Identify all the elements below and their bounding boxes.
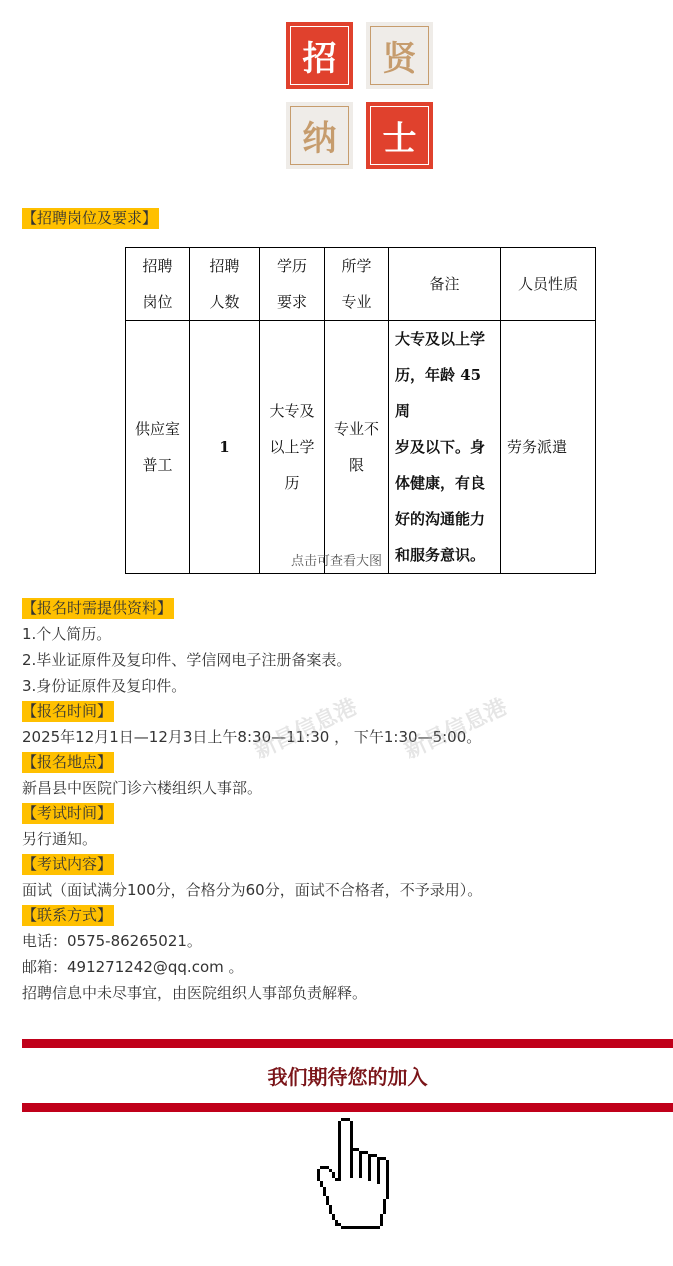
cell-type: 劳务派遣 <box>501 321 596 574</box>
header-type: 人员性质 <box>501 248 596 321</box>
header-major: 所学专业 <box>325 248 389 321</box>
cell-education: 大专及以上学历 <box>260 321 325 574</box>
job-table[interactable]: 招聘岗位 招聘人数 学历要求 所学专业 备注 人员性质 供应室普工 1 大专及以… <box>125 247 596 574</box>
exam-time-text: 另行通知。 <box>22 829 97 849</box>
table-row: 供应室普工 1 大专及以上学历 专业不限 大专及以上学历，年龄 45 周岁及以下… <box>126 321 596 574</box>
pointing-hand-icon <box>305 1118 413 1257</box>
materials-item: 1.个人简历。 <box>22 624 111 644</box>
materials-item: 3.身份证原件及复印件。 <box>22 676 186 696</box>
section-heading-registration-place: 【报名地点】 <box>22 752 114 773</box>
view-large-image-link[interactable]: 点击可查看大图 <box>0 550 673 569</box>
divider-bottom <box>22 1103 673 1112</box>
header-position: 招聘岗位 <box>126 248 190 321</box>
section-heading-contact: 【联系方式】 <box>22 905 114 926</box>
cell-count: 1 <box>190 321 260 574</box>
header-count: 招聘人数 <box>190 248 260 321</box>
contact-phone: 电话：0575-86265021。 <box>22 931 202 951</box>
registration-place-text: 新昌县中医院门诊六楼组织人事部。 <box>22 778 262 798</box>
contact-note: 招聘信息中未尽事宜，由医院组织人事部负责解释。 <box>22 983 367 1003</box>
section-heading-exam-time: 【考试时间】 <box>22 803 114 824</box>
section-heading-registration-time: 【报名时间】 <box>22 701 114 722</box>
registration-time-text: 2025年12月1日—12月3日上午8:30—11:30 ， 下午1:30—5:… <box>22 727 481 747</box>
materials-item: 2.毕业证原件及复印件、学信网电子注册备案表。 <box>22 650 351 670</box>
section-heading-materials: 【报名时需提供资料】 <box>22 598 174 619</box>
slogan: 我们期待您的加入 <box>22 1063 673 1091</box>
cell-note: 大专及以上学历，年龄 45 周岁及以下。身体健康，有良好的沟通能力和服务意识。 <box>389 321 501 574</box>
exam-content-text: 面试（面试满分100分，合格分为60分，面试不合格者，不予录用）。 <box>22 880 482 900</box>
table-header-row: 招聘岗位 招聘人数 学历要求 所学专业 备注 人员性质 <box>126 248 596 321</box>
banner-tile-shi: 士 <box>366 102 433 169</box>
section-heading-exam-content: 【考试内容】 <box>22 854 114 875</box>
banner-tile-xian: 贤 <box>366 22 433 89</box>
divider-top <box>22 1039 673 1048</box>
cell-position: 供应室普工 <box>126 321 190 574</box>
banner-tile-na: 纳 <box>286 102 353 169</box>
banner-tile-zhao: 招 <box>286 22 353 89</box>
contact-email: 邮箱：491271242@qq.com 。 <box>22 957 244 977</box>
section-heading-positions: 【招聘岗位及要求】 <box>22 208 159 229</box>
header-education: 学历要求 <box>260 248 325 321</box>
cell-major: 专业不限 <box>325 321 389 574</box>
banner-tiles: 招 贤 纳 士 <box>286 22 436 172</box>
header-note: 备注 <box>389 248 501 321</box>
